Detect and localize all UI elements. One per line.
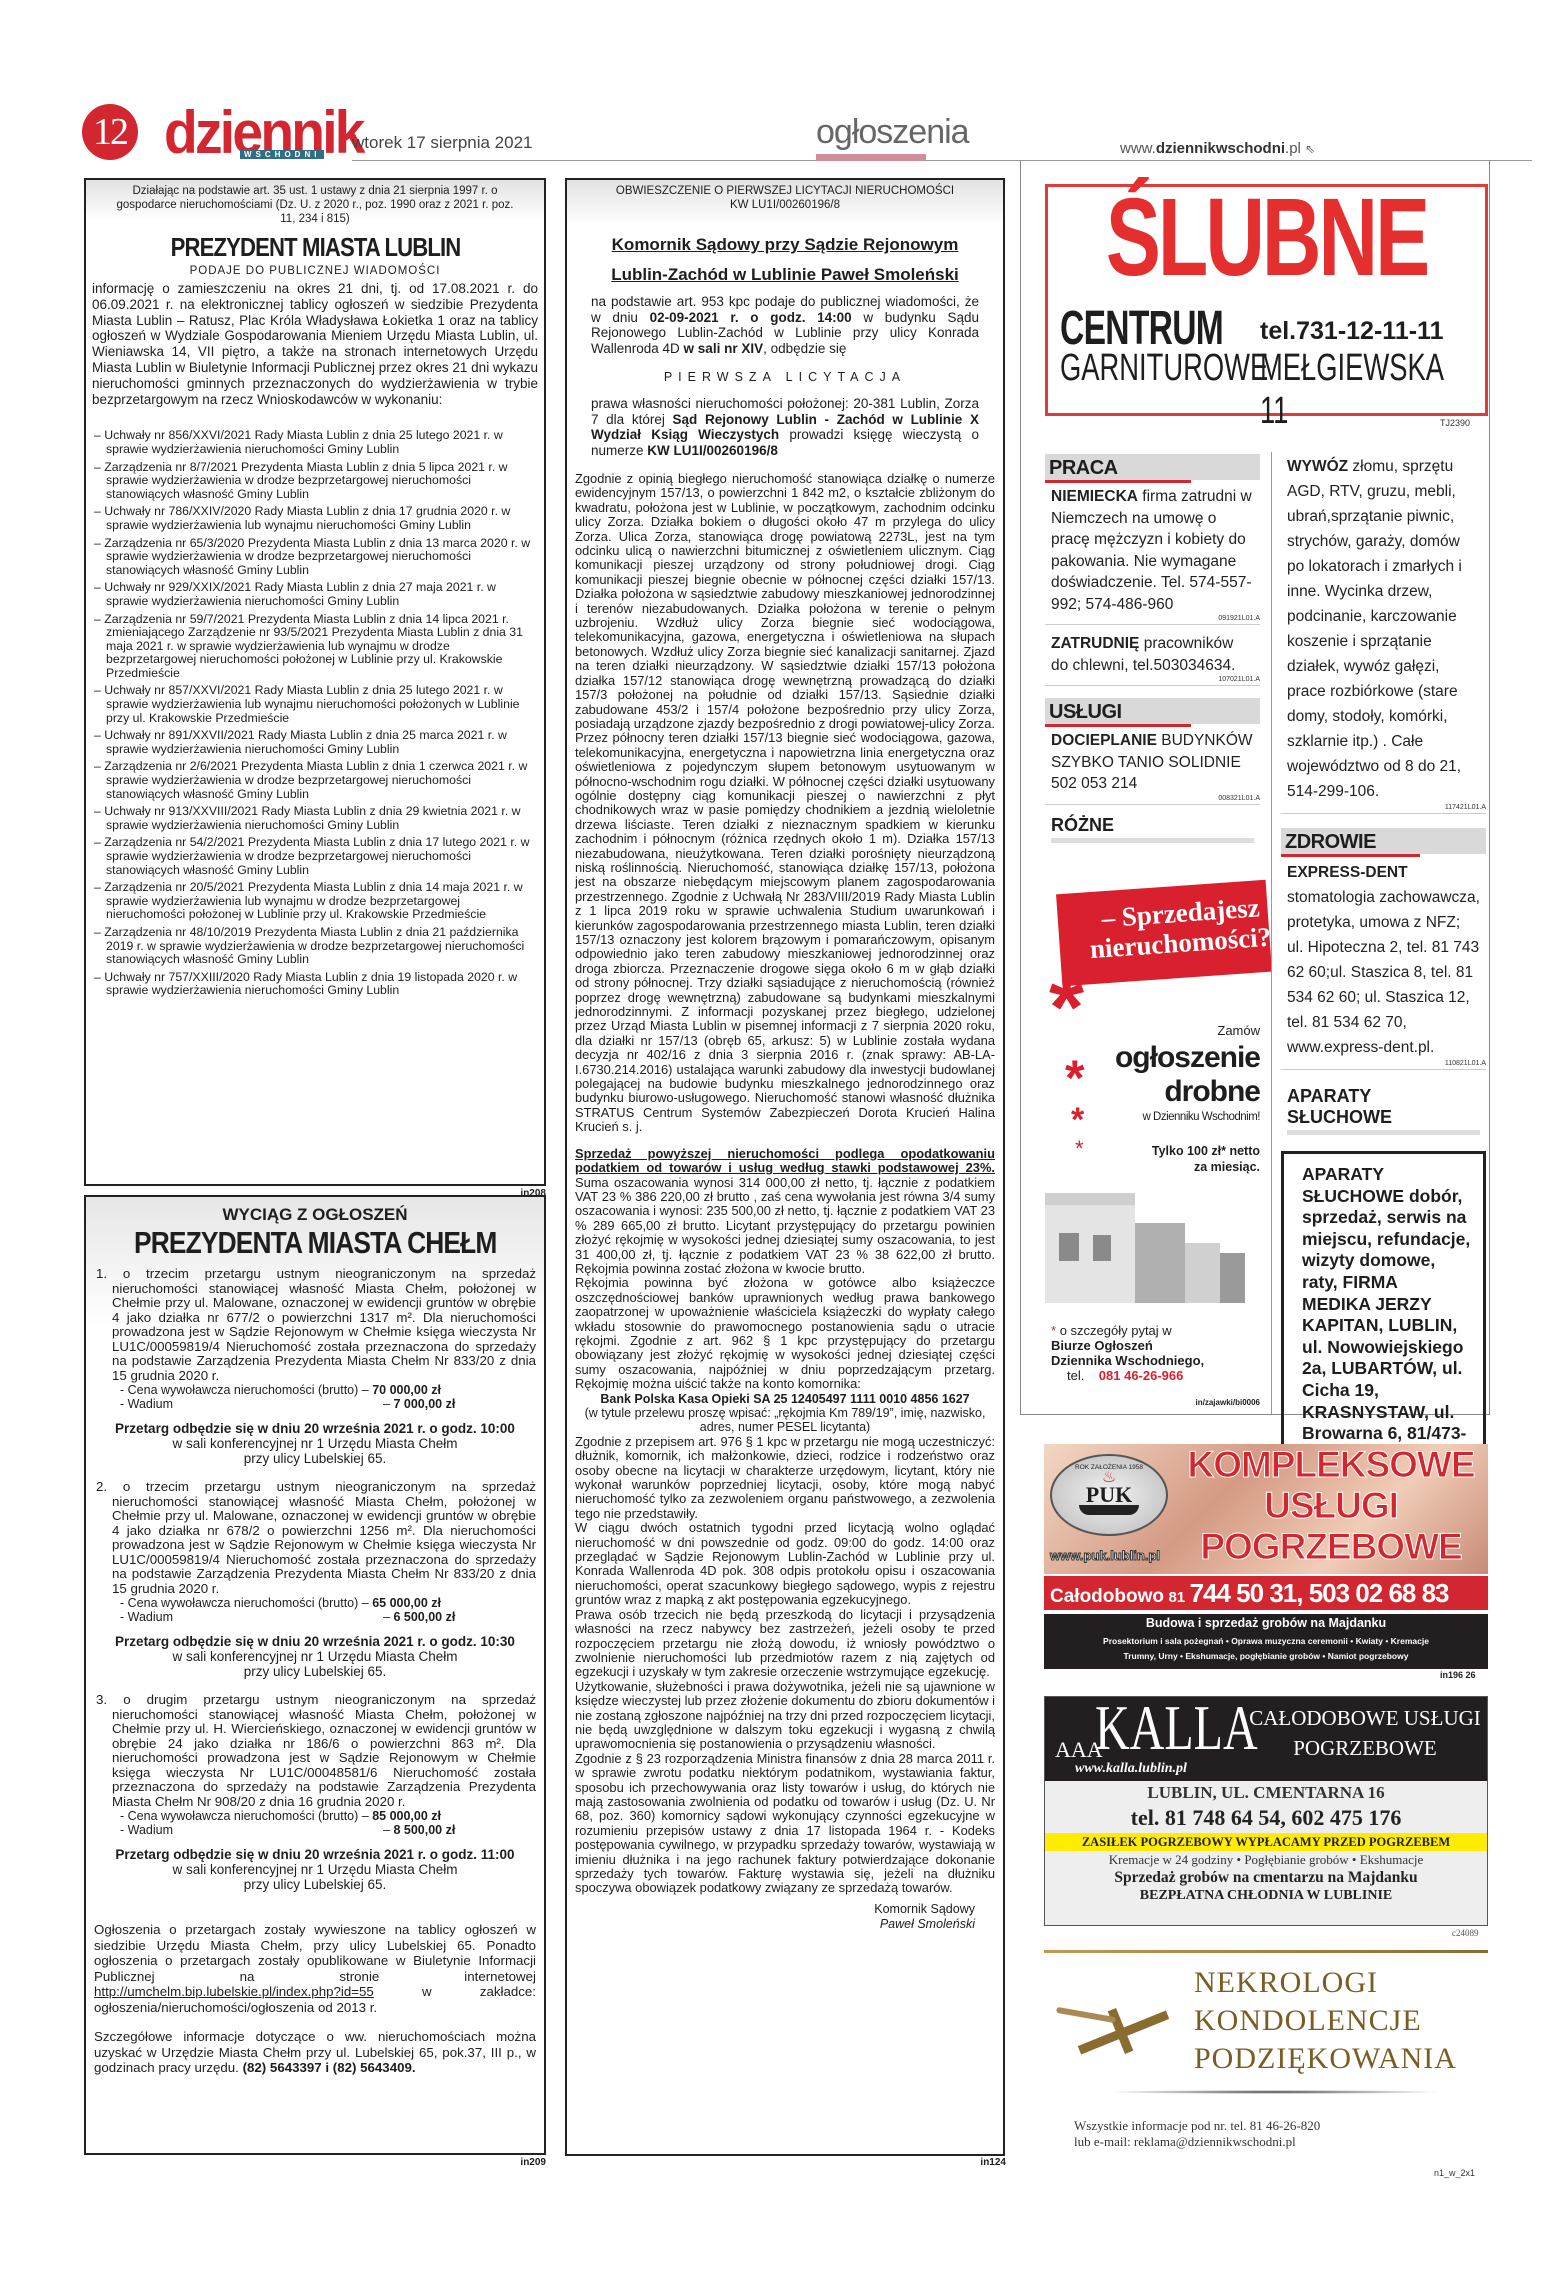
asterisk-icon: * [1051,1323,1056,1338]
auction-datetime: 02-09-2021 r. o godz. 14:00 [650,310,852,325]
price-label: - Cena wywoławcza nieruchomości (brutto)… [120,1383,369,1397]
deposit: - Wadium– 6 500,00 zł [94,1610,536,1624]
deposit-label: - Wadium [120,1610,173,1624]
bailiff-title: Komornik Sądowy przy Sądzie RejonowymLub… [575,230,995,290]
chelm-title-text: PREZYDENTA MIASTA CHEŁM [134,1225,497,1261]
asterisk-icon: * [1071,1103,1084,1137]
price-value: 85 000,00 zł [372,1809,441,1823]
ad-code: in209 [480,2157,546,2168]
deposit-terms: Rękojmia powinna być złożona w gotówce a… [575,1276,995,1391]
auction-header: OBWIESZCZENIE O PIERWSZEJ LICYTACJI NIER… [575,184,995,212]
item-number: 2. [96,1479,107,1494]
classifieds-divider [1271,452,1272,1414]
resolution-item: – Zarządzenia nr 8/7/2021 Prezydenta Mia… [92,461,538,502]
ad-code: 107021L01.A [1045,676,1260,686]
auction-date: Przetarg odbędzie się w dniu 20 września… [115,1634,515,1649]
ad-text: firma zatrudni w Niemczech na umowę o pr… [1051,488,1252,613]
price-label: - Cena wywoławcza nieruchomości (brutto)… [120,1809,369,1823]
tax-info: Sprzedaż powyższej nieruchomości podlega… [575,1147,995,1277]
kalla-services-line2: POGRZEBOWE [1293,1736,1437,1760]
promo-red-banner: – Sprzedajesz nieruchomości? [1056,879,1272,985]
chelm-president-notice: WYCIĄG Z OGŁOSZEŃ PREZYDENTA MIASTA CHEŁ… [84,1195,546,2155]
valuation-text: Suma oszacowania wynosi 314 000,00 zł ne… [575,1175,995,1276]
auction-address: przy ulicy Lubelskiej 65. [244,1664,387,1679]
cross-icon [1056,2002,1176,2062]
kalla-line: Sprzedaż grobów na cmentarzu na Majdanku [1045,1868,1487,1887]
obituary-contact: Wszystkie informacje pod nr. tel. 81 46-… [1074,2118,1320,2150]
gold-rule [1044,1950,1488,1953]
auction-time: Przetarg odbędzie się w dniu 20 września… [94,1634,536,1679]
ad-lead: DOCIEPLANIE [1051,732,1157,749]
issue-date: wtorek 17 sierpnia 2021 [352,133,533,153]
first-auction-heading: PIERWSZA LICYTACJA [575,370,995,384]
ad-code: TJ2390 [1440,418,1470,428]
kalla-funeral-ad[interactable]: AAA KALLA www.kalla.lublin.pl CAŁODOBOWE… [1044,1696,1488,1926]
signature-name: Paweł Smoleński [880,1917,975,1931]
resolution-item: – Zarządzenia nr 2/6/2021 Prezydenta Mia… [92,760,538,801]
ad-code: in/zajawki/bi0006 [1196,1398,1260,1407]
ad-code: c24089 [1452,1928,1479,1938]
puk-url: www.puk.lublin.pl [1050,1548,1160,1563]
puk-funeral-ad[interactable]: ROK ZAŁOŻENIA 1958 ♨ PUK www.puk.lublin.… [1044,1444,1488,1667]
resolution-item: – Uchwały nr 856/XXVI/2021 Rady Miasta L… [92,429,538,456]
intro-text: , odbędzie się [763,341,846,356]
promo-tel: 081 46-26-966 [1099,1368,1184,1383]
auction-item-1: 1. o trzecim przetargu ustnym nieogranic… [94,1267,536,1466]
bank-account: Bank Polska Kasa Opieki SA 25 12405497 1… [575,1392,995,1406]
promo-where: w Dzienniku Wschodnim! [1143,1111,1260,1123]
promo-headline-2: drobne [1164,1075,1260,1109]
classifieds-left: PRACA NIEMIECKA firma zatrudni w Niemcze… [1045,454,1260,1413]
ad-text: złomu, sprzętu AGD, RTV, gruzu, mebli, u… [1287,458,1462,800]
publication-text: Ogłoszenia o przetargach zostały wywiesz… [94,1922,536,1984]
obituary-line3: PODZIĘKOWANIA [1194,2040,1457,2078]
classifieds-right: WYWÓZ złomu, sprzętu AGD, RTV, gruzu, me… [1281,454,1486,1505]
obituary-line2: KONDOLENCJE [1194,2002,1457,2040]
obituary-email[interactable]: lub e-mail: reklama@dziennikwschodni.pl [1074,2134,1320,2150]
starting-price: - Cena wywoławcza nieruchomości (brutto)… [94,1809,536,1823]
resolution-item: – Zarządzenia nr 20/5/2021 Prezydenta Mi… [92,881,538,922]
kalla-line: Kremacje w 24 godziny • Pogłębianie grob… [1045,1851,1487,1868]
notice-subtitle: PODAJE DO PUBLICZNEJ WIADOMOŚCI [92,265,538,277]
auction-place: w sali konferencyjnej nr 1 Urzędu Miasta… [172,1649,457,1664]
item-number: 3. [96,1692,107,1707]
resolution-item: – Uchwały nr 857/XXVI/2021 Rady Miasta L… [92,684,538,725]
resolution-item: – Zarządzenia nr 59/7/2021 Prezydenta Mi… [92,613,538,681]
ad-code: n1_w_2x1 [1434,2168,1475,2178]
puk-service-line: Trumny, Urny • Ekshumacje, pogłębianie g… [1044,1649,1488,1663]
slubne-ad[interactable]: ŚLUBNE CENTRUM GARNITUROWE tel.731-12-11… [1045,184,1488,416]
notice-intro: informację o zamieszczeniu na okres 21 d… [92,281,538,407]
resolution-item: – Zarządzenia nr 54/2/2021 Prezydenta Mi… [92,836,538,877]
property-rights: prawa własności nieruchomości położonej:… [575,396,995,458]
puk-phones: 744 50 31, 503 02 68 83 [1190,1578,1449,1608]
ad-lead: WYWÓZ [1287,458,1348,475]
auction-address: przy ulicy Lubelskiej 65. [244,1451,387,1466]
kalla-header: AAA KALLA www.kalla.lublin.pl CAŁODOBOWE… [1045,1697,1487,1781]
auction-time: Przetarg odbędzie się w dniu 20 września… [94,1847,536,1892]
url-prefix: www. [1120,140,1156,157]
slubne-address: MEŁGIEWSKA 11 [1260,347,1442,433]
auction-place: w sali konferencyjnej nr 1 Urzędu Miasta… [172,1862,457,1877]
ad-code: 110821L01.A [1281,1060,1486,1070]
auction-item-3: 3. o drugim przetargu ustnym nieogranicz… [94,1693,536,1892]
kalla-services: CAŁODOBOWE USŁUGIPOGRZEBOWE [1245,1703,1485,1763]
vat-notice: Sprzedaż powyższej nieruchomości podlega… [575,1146,995,1175]
puk-services: Budowa i sprzedaż grobów na Majdanku Pro… [1044,1614,1488,1669]
resolution-item: – Uchwały nr 929/XXIX/2021 Rady Miasta L… [92,581,538,608]
deposit-value: 6 500,00 zł [393,1610,455,1624]
promo-office: Biurze Ogłoszeń [1051,1338,1153,1353]
auction-time: Przetarg odbędzie się w dniu 20 września… [94,1421,536,1466]
url-suffix: .pl [1285,140,1301,157]
deposit-label: - Wadium [120,1397,173,1411]
signature: Komornik SądowyPaweł Smoleński [575,1902,995,1932]
newspaper-logo-sub: WSCHODNI [240,150,324,159]
price-label: - Cena wywoławcza nieruchomości (brutto)… [120,1596,369,1610]
classified-ad-dentist: EXPRESS-DENT stomatologia zachowawcza, p… [1281,854,1486,1060]
cursor-icon: ⇖ [1305,142,1315,156]
shadow-rule [1104,2090,1444,2094]
obituary-phone: Wszystkie informacje pod nr. tel. 81 46-… [1074,2118,1320,2134]
puk-title-line1: KOMPLEKSOWE [1174,1444,1488,1485]
auction-rules: Zgodnie z przepisem art. 976 § 1 kpc w p… [575,1435,995,1896]
slubne-headline: ŚLUBNE [1103,183,1431,293]
auction-place: w sali konferencyjnej nr 1 Urzędu Miasta… [172,1436,457,1451]
resolution-item: – Uchwały nr 891/XXVII/2021 Rady Miasta … [92,729,538,756]
land-register: KW LU1I/00260196/8 [647,443,778,458]
deposit-value: 7 000,00 zł [393,1397,455,1411]
website-link[interactable]: www.dziennikwschodni.pl ⇖ [1120,140,1315,157]
chelm-contact-info: Szczegółowe informacje dotyczące o ww. n… [94,2029,536,2076]
ad-code: 091921L01.A [1045,615,1260,625]
auction-description: 3. o drugim przetargu ustnym nieogranicz… [94,1693,536,1809]
category-heading-aparaty: APARATY SŁUCHOWE [1287,1086,1480,1135]
promo-office-name: Dziennika Wschodniego, [1051,1353,1204,1368]
asterisk-icon: * [1049,963,1084,1053]
lublin-president-notice: Działając na podstawie art. 35 ust. 1 us… [84,178,546,1186]
resolution-item: – Uchwały nr 786/XXIV/2020 Rady Miasta L… [92,505,538,532]
item-text: o trzecim przetargu ustnym nieograniczon… [112,1266,536,1383]
puk-phone-label: Całodobowo [1050,1586,1164,1607]
section-underline [816,154,926,161]
obituary-ad[interactable]: NEKROLOGI KONDOLENCJE PODZIĘKOWANIA Wszy… [1044,1950,1488,2140]
classified-ad: DOCIEPLANIE BUDYNKÓW SZYBKO TANIO SOLIDN… [1045,724,1260,795]
ad-lead: EXPRESS-DENT [1287,864,1408,881]
promo-tel-label: tel. [1051,1368,1084,1383]
category-heading-zdrowie: ZDROWIE [1281,828,1486,854]
ad-code: 117421L01.A [1281,804,1486,814]
puk-logo: ROK ZAŁOŻENIA 1958 ♨ PUK [1050,1454,1168,1536]
resolution-item: – Zarządzenia nr 48/10/2019 Prezydenta M… [92,926,538,967]
section-title: ogłoszenia [816,113,969,152]
auction-date: Przetarg odbędzie się w dniu 20 września… [115,1847,514,1862]
starting-price: - Cena wywoławcza nieruchomości (brutto)… [94,1596,536,1610]
auction-intro: na podstawie art. 953 kpc podaje do publ… [575,294,995,356]
ad-lead: NIEMIECKA [1051,488,1138,505]
houses-illustration [1045,1153,1255,1313]
starting-price: - Cena wywoławcza nieruchomości (brutto)… [94,1383,536,1397]
deposit-value: 8 500,00 zł [393,1823,455,1837]
land-register-number: KW LU1I/00260196/8 [730,199,840,211]
kalla-url: www.kalla.lublin.pl [1075,1761,1187,1777]
auction-item-2: 2. o trzecim przetargu ustnym nieogranic… [94,1480,536,1679]
deposit: - Wadium– 8 500,00 zł [94,1823,536,1837]
legal-basis: Działając na podstawie art. 35 ust. 1 us… [92,184,538,226]
resolution-item: – Uchwały nr 913/XXVIII/2021 Rady Miasta… [92,805,538,832]
signature-role: Komornik Sądowy [874,1902,975,1916]
promo-order: Zamów [1217,1023,1260,1038]
kalla-phone: tel. 81 748 64 54, 602 475 176 [1045,1805,1487,1831]
auction-header-line1: OBWIESZCZENIE O PIERWSZEJ LICYTACJI NIER… [616,185,954,197]
category-heading-praca: PRACA [1045,454,1260,480]
ad-code: in196 26 [1440,1670,1476,1680]
promo-ad[interactable]: – Sprzedajesz nieruchomości? * * * * Zam… [1045,853,1260,1413]
ad-text: stomatologia zachowawcza, protetyka, umo… [1287,889,1480,1056]
auction-description: 2. o trzecim przetargu ustnym nieogranic… [94,1480,536,1596]
ad-lead: ZATRUDNIĘ [1051,635,1139,652]
puk-title-line3: POGRZEBOWE [1174,1526,1488,1567]
bip-link[interactable]: http://umchelm.bip.lubelskie.pl/index.ph… [94,1984,374,1999]
classified-ad: ZATRUDNIĘ pracowników do chlewni, tel.50… [1045,633,1260,676]
kalla-address: LUBLIN, UL. CMENTARNA 16 [1045,1781,1487,1805]
kalla-name: KALLA [1095,1691,1258,1765]
deposit-label: - Wadium [120,1823,173,1837]
page-number: 12 [82,104,138,160]
resolution-item: – Zarządzenia nr 65/3/2020 Prezydenta Mi… [92,537,538,578]
chelm-publication-info: Ogłoszenia o przetargach zostały wywiesz… [94,1922,536,2015]
ad-code: in124 [940,2157,1006,2168]
auction-address: przy ulicy Lubelskiej 65. [244,1877,387,1892]
price-value: 70 000,00 zł [372,1383,441,1397]
puk-phone-prefix: 81 [1168,1589,1185,1606]
auction-date: Przetarg odbędzie się w dniu 20 września… [115,1421,515,1436]
notice-title: PREZYDENT MIASTA LUBLIN [92,232,538,263]
puk-title-line2: USŁUGI [1174,1485,1488,1526]
kalla-allowance-banner: ZASIŁEK POGRZEBOWY WYPŁACAMY PRZED POGRZ… [1045,1833,1487,1851]
resolution-list: – Uchwały nr 856/XXVI/2021 Rady Miasta L… [92,429,538,998]
deposit: - Wadium– 7 000,00 zł [94,1397,536,1411]
slubne-garniturowe: GARNITUROWE [1060,347,1268,390]
hearing-aid-ad[interactable]: APARATY SŁUCHOWE dobór, sprzedaż, serwis… [1281,1151,1486,1477]
puk-logo-text: PUK [1052,1485,1166,1505]
auction-room: w sali nr XIV [684,341,764,356]
bailiff-title-line2: Lublin-Zachód w Lublinie Paweł Smoleński [611,265,959,284]
ad-code: 008321L01.A [1045,795,1260,805]
chelm-title: PREZYDENTA MIASTA CHEŁM [94,1225,536,1261]
bank-transfer-note: (w tytule przelewu proszę wpisać: „rękoj… [575,1406,995,1435]
promo-note: o szczegóły pytaj w [1060,1323,1172,1338]
asterisk-icon: * [1065,1053,1084,1103]
puk-phone-bar: Całodobowo 81 744 50 31, 503 02 68 83 [1044,1576,1488,1610]
item-number: 1. [96,1266,107,1281]
url-domain: dziennikwschodni [1156,140,1285,157]
promo-headline-1: ogłoszenie [1115,1041,1260,1075]
puk-service-line: Prosektorium i sala pożegnań • Oprawa mu… [1044,1633,1488,1649]
obituary-titles: NEKROLOGI KONDOLENCJE PODZIĘKOWANIA [1194,1964,1457,2078]
obituary-line1: NEKROLOGI [1194,1964,1457,2002]
kalla-line: BEZPŁATNA CHŁODNIA W LUBLINIE [1045,1887,1487,1905]
category-heading-rozne: RÓŻNE [1051,815,1254,843]
chelm-pretitle: WYCIĄG Z OGŁOSZEŃ [94,1205,536,1225]
kalla-services-line1: CAŁODOBOWE USŁUGI [1249,1706,1481,1730]
category-heading-uslugi: USŁUGI [1045,698,1260,724]
puk-title: KOMPLEKSOWE USŁUGI POGRZEBOWE [1174,1444,1488,1567]
bailiff-title-line1: Komornik Sądowy przy Sądzie Rejonowym [612,235,959,254]
item-text: o drugim przetargu ustnym nieograniczony… [112,1692,536,1809]
property-description: Zgodnie z opinią biegłego nieruchomość s… [575,472,995,1135]
resolution-item: – Uchwały nr 757/XXIII/2020 Rady Miasta … [92,971,538,998]
contact-phones: (82) 5643397 i (82) 5643409. [243,2060,416,2075]
bailiff-auction-notice: OBWIESZCZENIE O PIERWSZEJ LICYTACJI NIER… [565,178,1005,2156]
puk-service-line: Budowa i sprzedaż grobów na Majdanku [1044,1614,1488,1633]
promo-details: * o szczegóły pytaj w Biurze Ogłoszeń Dz… [1051,1323,1204,1383]
price-value: 65 000,00 zł [372,1596,441,1610]
item-text: o trzecim przetargu ustnym nieograniczon… [112,1479,536,1596]
notice-title-text: PREZYDENT MIASTA LUBLIN [170,232,460,263]
auction-description: 1. o trzecim przetargu ustnym nieogranic… [94,1267,536,1383]
classified-ad-wywoz: WYWÓZ złomu, sprzętu AGD, RTV, gruzu, me… [1281,454,1486,804]
slubne-phone: tel.731-12-11-11 [1260,317,1443,346]
classified-ad: NIEMIECKA firma zatrudni w Niemczech na … [1045,480,1260,615]
